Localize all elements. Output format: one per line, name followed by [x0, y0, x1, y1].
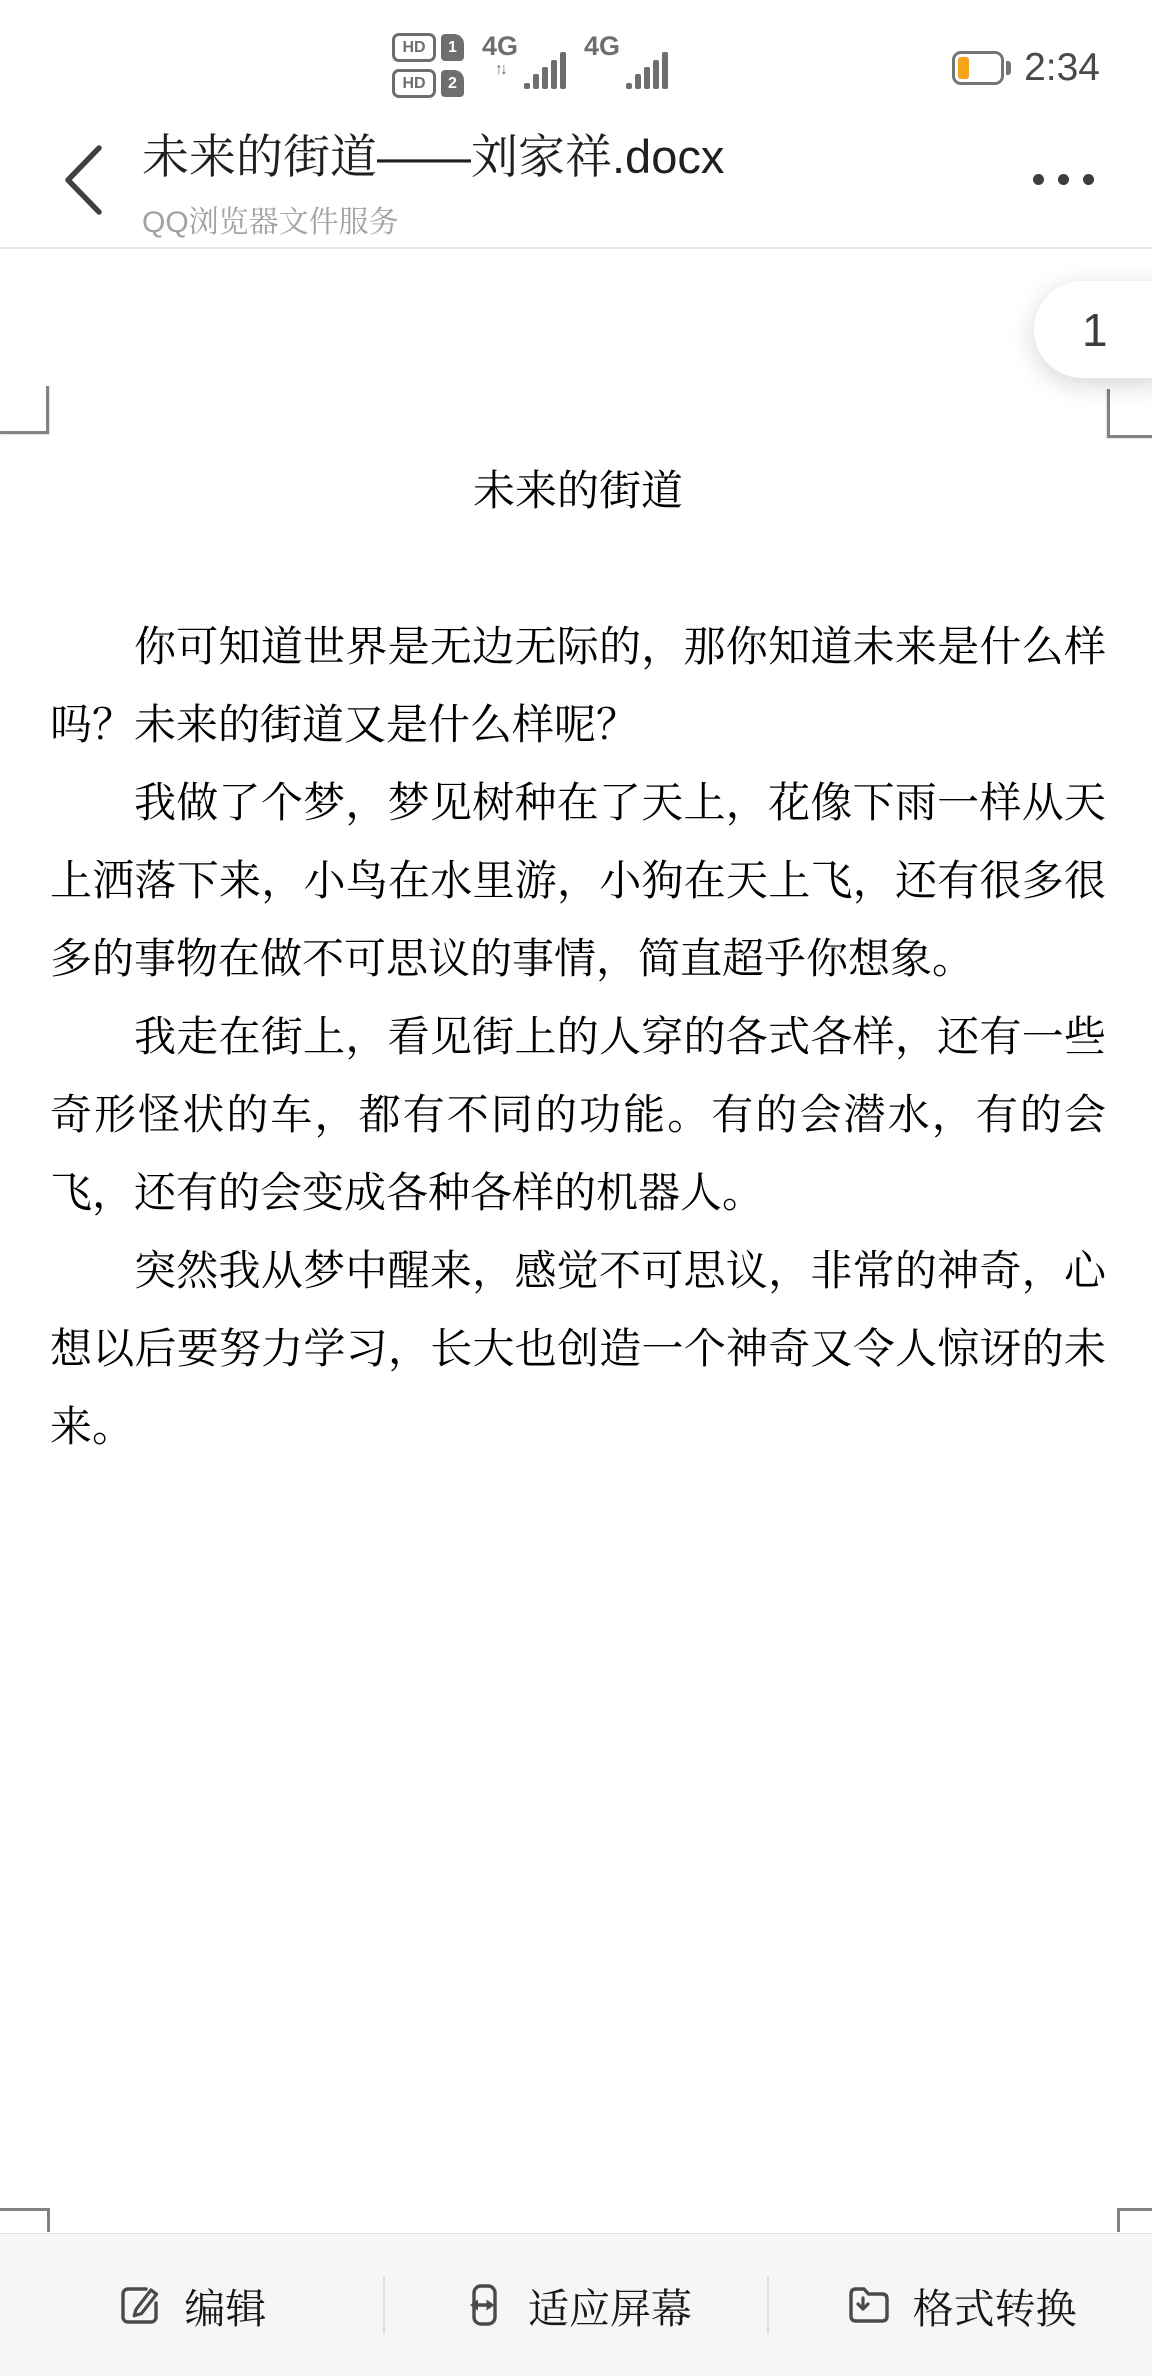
signal-bars-icon-2	[626, 45, 668, 89]
format-convert-label: 格式转换	[913, 2276, 1077, 2335]
hd-sim1-icon: HD 1	[392, 33, 464, 62]
signal-bars-icon-1	[524, 45, 566, 89]
signal-group-1: 4G ↑↓	[482, 33, 566, 89]
document-page: 未来的街道 你可知道世界是无边无际的，那你知道未来是什么样吗？未来的街道又是什么…	[50, 452, 1106, 1466]
paragraph-2: 我做了个梦，梦见树种在了天上，花像下雨一样从天上洒落下来，小鸟在水里游，小狗在天…	[50, 764, 1106, 998]
more-menu-button[interactable]	[1018, 154, 1108, 204]
edit-pencil-icon	[116, 2281, 164, 2329]
sim2-number: 2	[441, 70, 464, 97]
back-chevron-icon	[61, 143, 105, 217]
page-corner-mark-bottom-left	[0, 2208, 50, 2232]
network-type-2: 4G	[584, 33, 620, 60]
format-convert-folder-icon	[845, 2281, 893, 2329]
document-header: 未来的街道——刘家祥.docx QQ浏览器文件服务	[0, 110, 1152, 249]
paragraph-3: 我走在街上，看见街上的人穿的各式各样，还有一些奇形怪状的车，都有不同的功能。有的…	[50, 998, 1106, 1232]
page-corner-mark-top-left	[0, 386, 49, 434]
battery-icon	[952, 51, 1011, 85]
file-title: 未来的街道——刘家祥.docx	[142, 120, 1002, 187]
fit-screen-label: 适应屏幕	[528, 2276, 692, 2335]
page-number: 1	[1082, 303, 1108, 357]
page-corner-mark-bottom-right	[1117, 2208, 1152, 2232]
paragraph-1: 你可知道世界是无边无际的，那你知道未来是什么样吗？未来的街道又是什么样呢？	[50, 608, 1106, 764]
sim1-number: 1	[441, 34, 464, 61]
page-corner-mark-top-right	[1107, 389, 1152, 438]
edit-button[interactable]: 编辑	[0, 2234, 383, 2376]
hd-volte-icons: HD 1 HD 2	[392, 33, 464, 98]
ellipsis-icon	[1033, 174, 1044, 185]
data-updown-icon: ↑↓	[495, 62, 505, 78]
sim-network-cluster: HD 1 HD 2 4G ↑↓ 4G	[392, 33, 668, 98]
network-type-1: 4G	[482, 33, 518, 60]
page-indicator[interactable]: 1	[1034, 281, 1152, 378]
hd-badge-1: HD	[392, 33, 436, 62]
signal-group-2: 4G	[584, 33, 668, 89]
file-source-subtitle: QQ浏览器文件服务	[142, 197, 1002, 241]
fit-screen-button[interactable]: 适应屏幕	[385, 2234, 768, 2376]
edit-label: 编辑	[184, 2276, 266, 2335]
document-title: 未来的街道	[50, 452, 1106, 530]
back-button[interactable]	[48, 132, 118, 227]
fit-screen-icon	[460, 2281, 508, 2329]
format-convert-button[interactable]: 格式转换	[769, 2234, 1152, 2376]
bottom-toolbar: 编辑 适应屏幕 格式转换	[0, 2233, 1152, 2376]
hd-sim2-icon: HD 2	[392, 69, 464, 98]
status-time: 2:34	[1024, 46, 1100, 90]
hd-badge-2: HD	[392, 69, 436, 98]
status-bar: HD 1 HD 2 4G ↑↓ 4G	[0, 0, 1152, 110]
paragraph-4: 突然我从梦中醒来，感觉不可思议，非常的神奇，心想以后要努力学习，长大也创造一个神…	[50, 1232, 1106, 1466]
